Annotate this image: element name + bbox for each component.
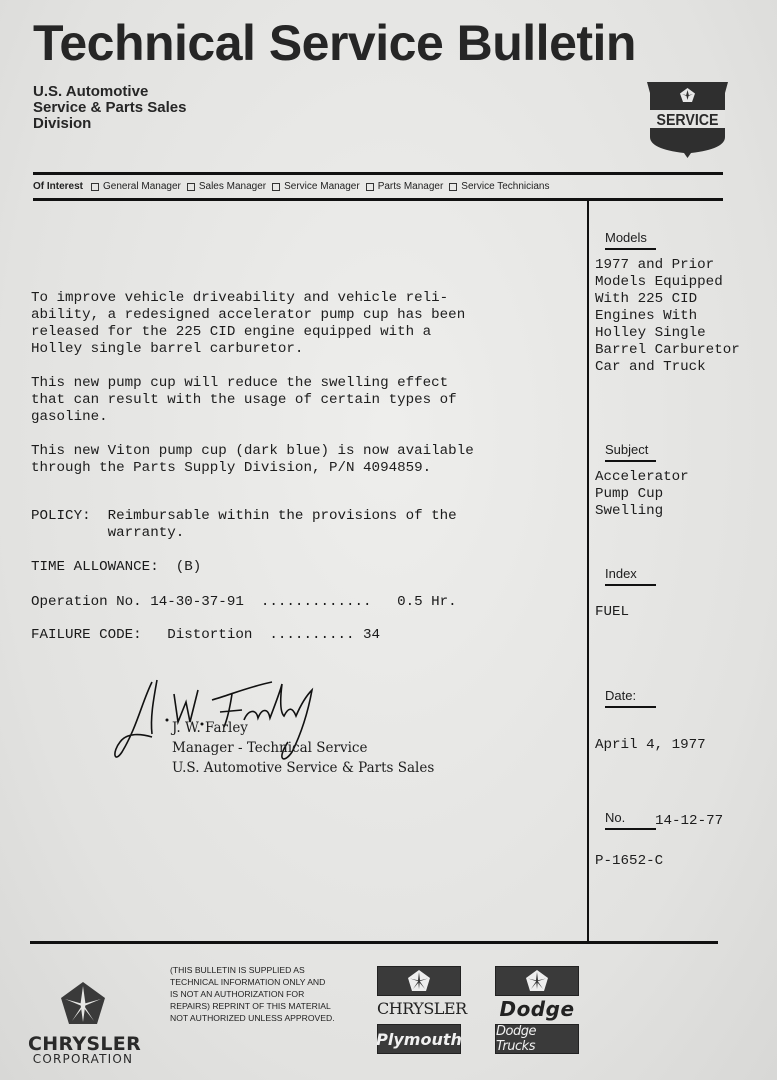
- chrysler-brand-label: CHRYSLER: [377, 999, 461, 1018]
- checkbox-label: General Manager: [103, 181, 181, 192]
- dodge-brand-block: [495, 966, 579, 996]
- dodge-trucks-brand-block: Dodge Trucks: [495, 1024, 579, 1054]
- checkbox-label: Service Manager: [284, 181, 360, 192]
- division-line: Division: [33, 116, 186, 132]
- signer-title: Manager - Technical Service: [172, 738, 434, 758]
- of-interest-bar: Of Interest General Manager Sales Manage…: [33, 181, 550, 192]
- time-allowance: TIME ALLOWANCE: (B): [31, 559, 201, 575]
- signer-org: U.S. Automotive Service & Parts Sales: [172, 758, 434, 778]
- plymouth-brand-label: Plymouth: [376, 1030, 462, 1049]
- pentastar-icon: [525, 969, 549, 993]
- subject-label: Subject: [605, 442, 656, 462]
- reference-value: P-1652-C: [595, 853, 663, 870]
- checkbox-label: Parts Manager: [378, 181, 444, 192]
- checkbox-label: Service Technicians: [461, 181, 549, 192]
- plymouth-brand-block: Plymouth: [377, 1024, 461, 1054]
- division-line: Service & Parts Sales: [33, 100, 186, 116]
- body-paragraph: To improve vehicle driveability and vehi…: [31, 290, 581, 358]
- sidebar-divider: [587, 200, 589, 942]
- division-line: U.S. Automotive: [33, 84, 186, 100]
- date-label: Date:: [605, 688, 656, 708]
- checkbox-service-manager[interactable]: [272, 183, 280, 191]
- division-name: U.S. Automotive Service & Parts Sales Di…: [33, 84, 186, 132]
- bulletin-body: To improve vehicle driveability and vehi…: [31, 290, 581, 494]
- signer-name: J. W. Farley: [172, 718, 434, 738]
- policy-text: POLICY: Reimbursable within the provisio…: [31, 508, 457, 542]
- number-label: No.: [605, 810, 656, 830]
- bulletin-page: Technical Service Bulletin U.S. Automoti…: [0, 0, 777, 1080]
- index-value: FUEL: [595, 604, 629, 621]
- divider: [33, 198, 723, 201]
- checkbox-service-technicians[interactable]: [449, 183, 457, 191]
- chrysler-brand-block: [377, 966, 461, 996]
- models-label: Models: [605, 230, 656, 250]
- subject-value: Accelerator Pump Cup Swelling: [595, 469, 689, 520]
- divider: [30, 941, 718, 944]
- service-shield-icon: SERVICE: [645, 81, 730, 159]
- dodge-trucks-brand-label: Dodge Trucks: [496, 1024, 578, 1054]
- dodge-brand-label: Dodge: [495, 997, 579, 1021]
- models-value: 1977 and Prior Models Equipped With 225 …: [595, 257, 740, 376]
- of-interest-label: Of Interest: [33, 181, 83, 192]
- page-title: Technical Service Bulletin: [33, 14, 636, 72]
- failure-code: FAILURE CODE: Distortion .......... 34: [31, 627, 380, 643]
- operation-number: Operation No. 14-30-37-91 ............. …: [31, 594, 457, 610]
- checkbox-general-manager[interactable]: [91, 183, 99, 191]
- checkbox-sales-manager[interactable]: [187, 183, 195, 191]
- index-label: Index: [605, 566, 656, 586]
- body-paragraph: This new pump cup will reduce the swelli…: [31, 375, 581, 426]
- number-value: 14-12-77: [655, 813, 723, 830]
- corp-sub: CORPORATION: [28, 1053, 138, 1065]
- divider: [33, 172, 723, 175]
- body-paragraph: This new Viton pump cup (dark blue) is n…: [31, 443, 581, 477]
- signature-block: J. W. Farley Manager - Technical Service…: [172, 718, 434, 778]
- pentastar-icon: [28, 980, 138, 1030]
- checkbox-parts-manager[interactable]: [366, 183, 374, 191]
- checkbox-label: Sales Manager: [199, 181, 266, 192]
- disclaimer-text: (This bulletin is supplied as technical …: [170, 964, 335, 1024]
- corp-name: CHRYSLER: [28, 1035, 138, 1053]
- service-badge-label: SERVICE: [657, 112, 719, 129]
- pentastar-icon: [407, 969, 431, 993]
- chrysler-corporation-logo: CHRYSLER CORPORATION: [28, 980, 138, 1065]
- date-value: April 4, 1977: [595, 737, 706, 754]
